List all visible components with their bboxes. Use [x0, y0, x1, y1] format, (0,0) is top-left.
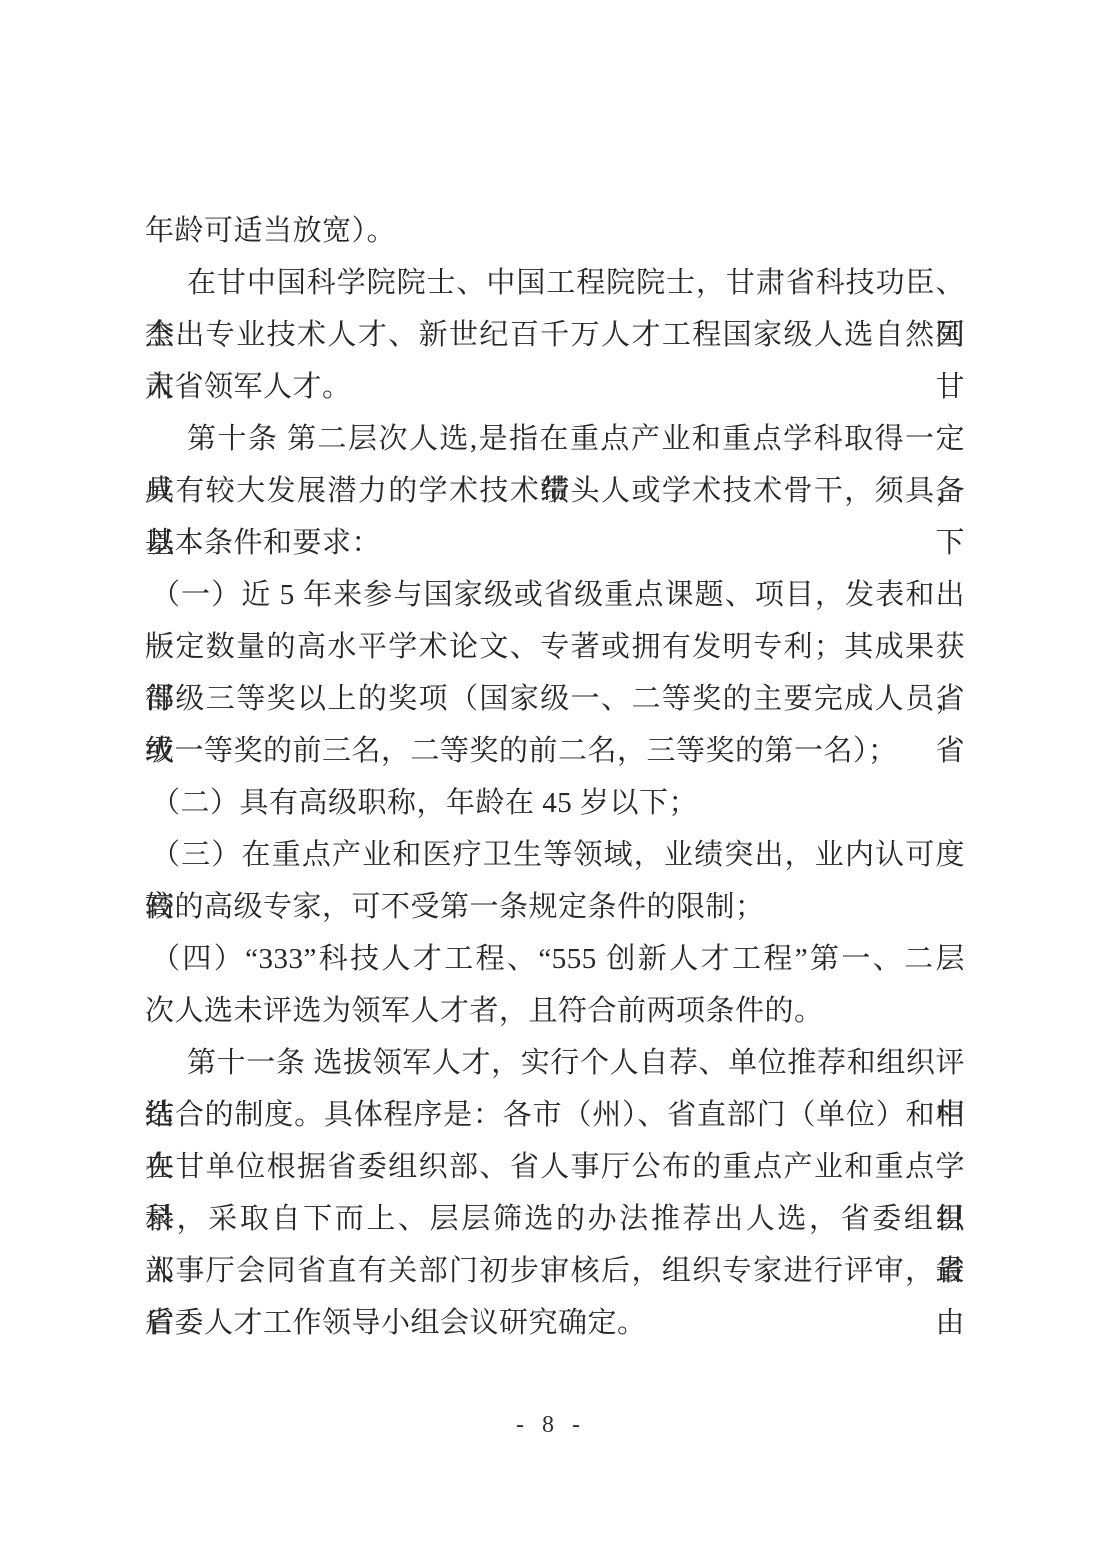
- text-line: （三）在重点产业和医疗卫生等领域，业绩突出，业内认可度较: [145, 829, 965, 881]
- page-number: - 8 -: [0, 1412, 1102, 1439]
- text-line: 人事厅会同省直有关部门初步审核后，组织专家进行评审，最后由: [145, 1245, 965, 1297]
- text-line: 级一等奖的前三名，二等奖的前二名，三等奖的第一名）；: [145, 725, 965, 777]
- text-line: 部级三等奖以上的奖项（国家级一、二等奖的主要完成人员，或省: [145, 673, 965, 725]
- text-line: 在甘中国科学院院士、中国工程院院士，甘肃省科技功臣、全国: [145, 257, 965, 309]
- text-line: 第十一条 选拔领军人才，实行个人自荐、单位推荐和组织评选相: [145, 1037, 965, 1089]
- text-line: 高的高级专家，可不受第一条规定条件的限制；: [145, 881, 965, 933]
- text-line: 第十条 第二层次人选,是指在重点产业和重点学科取得一定成绩，: [145, 413, 965, 465]
- text-line: （四）“333”科技人才工程、“555 创新人才工程”第一、二层: [145, 933, 965, 985]
- text-line: 次人选未评选为领军人才者，且符合前两项条件的。: [145, 985, 965, 1037]
- text-line: 具有较大发展潜力的学术技术带头人或学术技术骨干，须具备以下: [145, 465, 965, 517]
- text-line: 录，采取自下而上、层层筛选的办法推荐出人选，省委组织部、省: [145, 1193, 965, 1245]
- document-page: 年龄可适当放宽）。 在甘中国科学院院士、中国工程院院士，甘肃省科技功臣、全国 杰…: [0, 0, 1102, 1559]
- text-line: 年龄可适当放宽）。: [145, 205, 965, 257]
- document-body-text: 年龄可适当放宽）。 在甘中国科学院院士、中国工程院院士，甘肃省科技功臣、全国 杰…: [145, 205, 965, 1349]
- text-line: 在甘单位根据省委组织部、省人事厅公布的重点产业和重点学科目: [145, 1141, 965, 1193]
- text-line: 杰出专业技术人才、新世纪百千万人才工程国家级人选自然列入甘: [145, 309, 965, 361]
- text-line: 一定数量的高水平学术论文、专著或拥有发明专利；其成果获得省: [145, 621, 965, 673]
- text-line: （一）近 5 年来参与国家级或省级重点课题、项目，发表和出版: [145, 569, 965, 621]
- text-line: 结合的制度。具体程序是：各市（州）、省直部门（单位）和中央: [145, 1089, 965, 1141]
- text-line: （二）具有高级职称，年龄在 45 岁以下；: [145, 777, 965, 829]
